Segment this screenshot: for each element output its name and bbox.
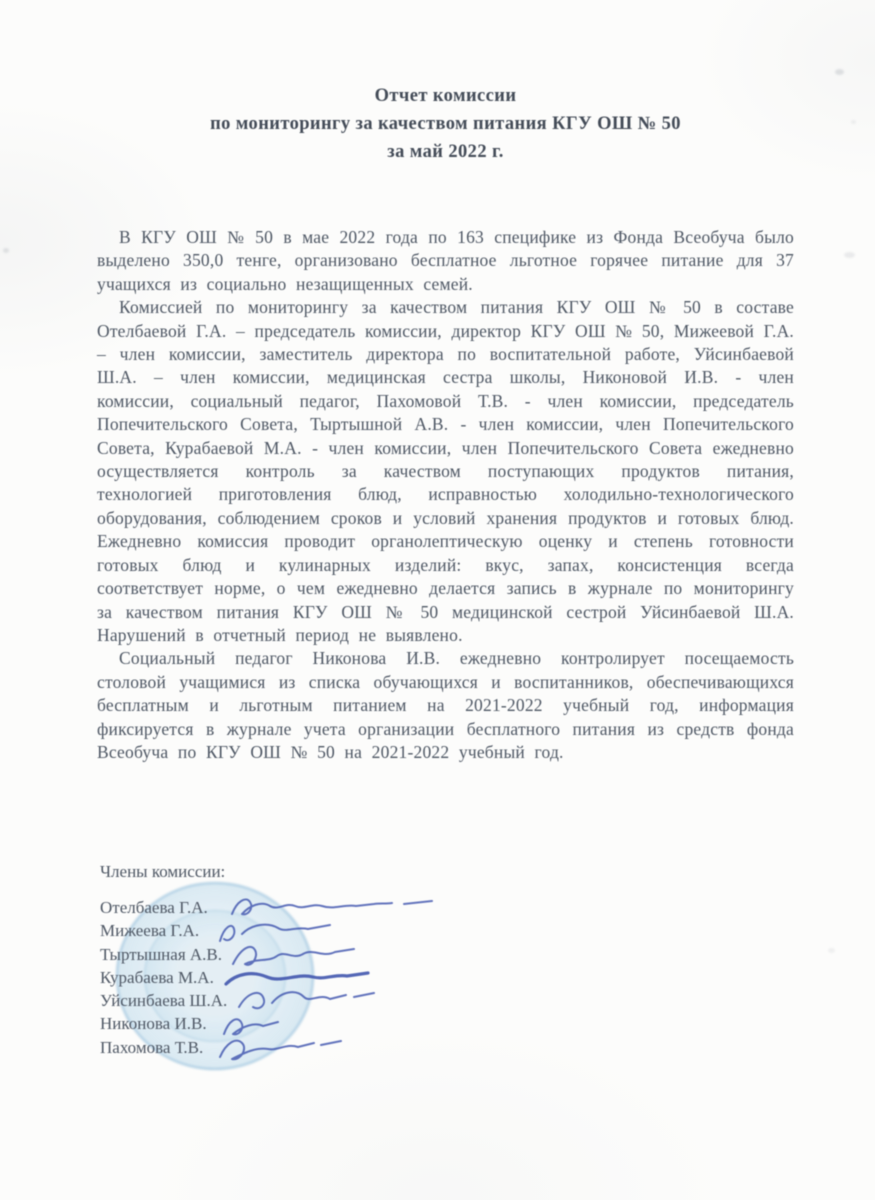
signatory-name: Тыртышная А.В. [100, 945, 222, 965]
signature-heading: Члены комиссии: [100, 862, 580, 882]
scan-speck [3, 248, 9, 253]
signatory-row: Пахомова Т.В. [100, 1038, 580, 1061]
signatory-name: Уйсинбаева Ш.А. [100, 991, 227, 1011]
document-title: Отчет комиссии по мониторингу за качеств… [97, 82, 794, 166]
title-line-1: Отчет комиссии [97, 82, 794, 110]
title-line-2: по мониторингу за качеством питания КГУ … [97, 110, 794, 138]
signatory-name: Курабаева М.А. [100, 968, 214, 988]
signature-section: Члены комиссии: Отелбаева Г.А. Мижеева Г… [100, 862, 580, 1061]
scanned-document-page: Отчет комиссии по мониторингу за качеств… [0, 0, 875, 1200]
signatory-name: Мижеева Г.А. [100, 921, 199, 941]
title-line-3: за май 2022 г. [97, 138, 794, 166]
signatory-row: Уйсинбаева Ш.А. [100, 991, 580, 1014]
scan-speck [828, 948, 835, 953]
scan-speck [835, 69, 844, 75]
scan-speck [844, 252, 855, 258]
scan-speck [851, 120, 856, 124]
document-body: В КГУ ОШ № 50 в мае 2022 года по 163 спе… [97, 226, 794, 764]
signatory-name: Отелбаева Г.А. [100, 898, 208, 918]
paragraph-social-pedagogue: Социальный педагог Никонова И.В. ежеднев… [97, 647, 794, 764]
signature-ink [215, 1030, 355, 1066]
paragraph-funding: В КГУ ОШ № 50 в мае 2022 года по 163 спе… [97, 226, 794, 296]
paragraph-commission: Комиссией по мониторингу за качеством пи… [97, 296, 794, 647]
signatory-name: Пахомова Т.В. [100, 1038, 203, 1058]
signatory-name: Никонова И.В. [100, 1014, 207, 1034]
